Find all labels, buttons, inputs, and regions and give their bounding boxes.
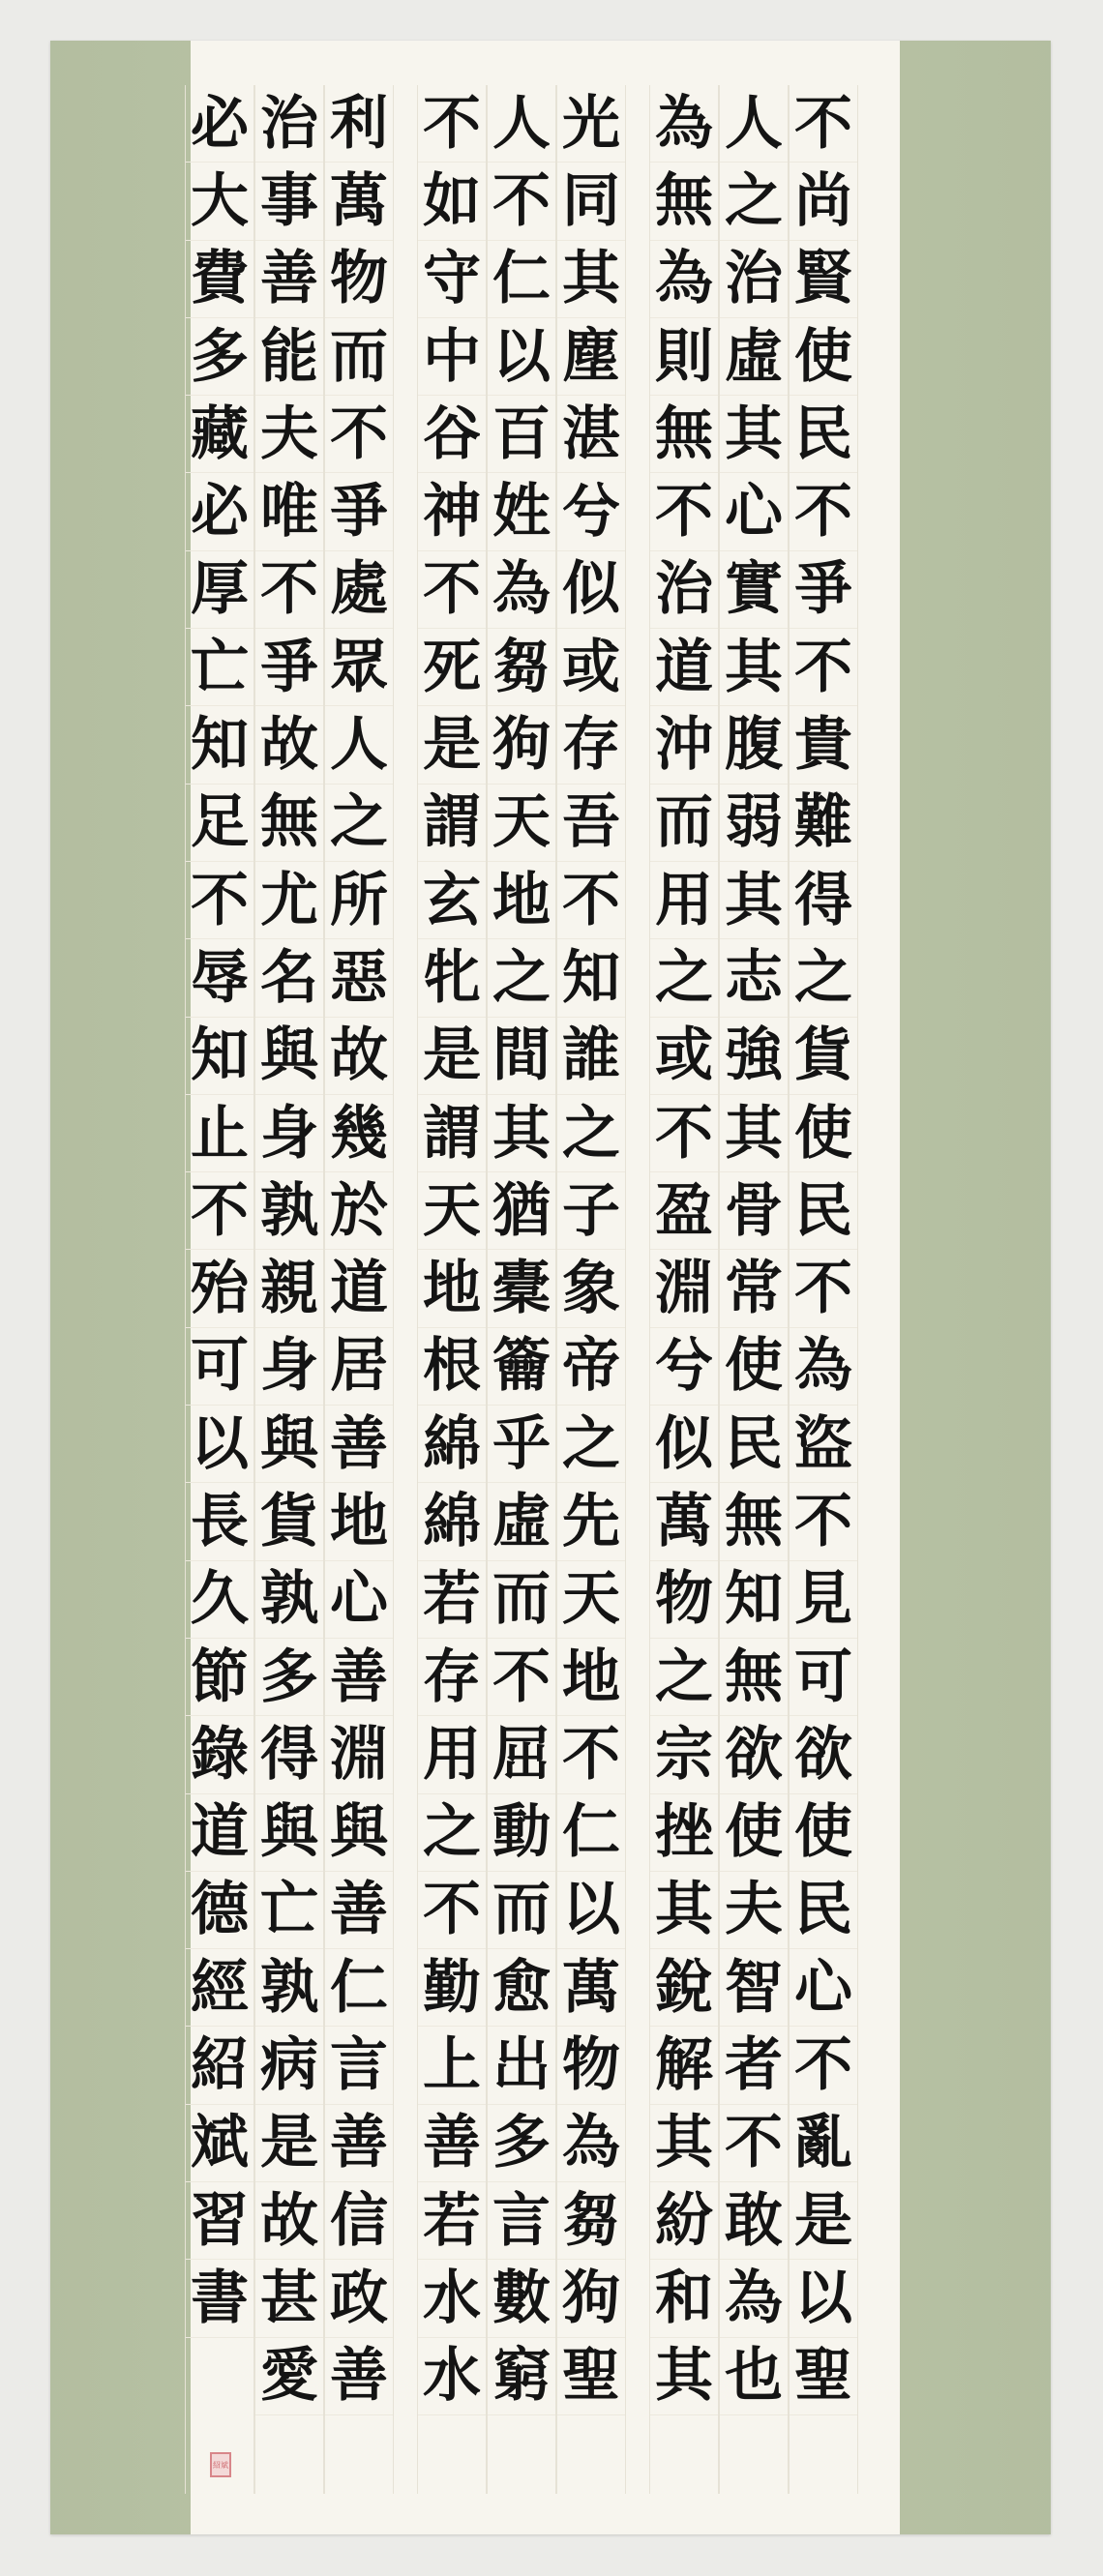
calligraphy-character: 居 xyxy=(325,1328,393,1406)
calligraphy-character: 紹 xyxy=(186,2027,253,2104)
calligraphy-character: 長 xyxy=(186,1483,253,1560)
calligraphy-character: 其 xyxy=(720,629,788,706)
calligraphy-character: 芻 xyxy=(488,629,555,706)
calligraphy-character: 強 xyxy=(720,1018,788,1095)
calligraphy-character: 其 xyxy=(650,1872,718,1949)
calligraphy-character: 吾 xyxy=(557,785,625,862)
calligraphy-character: 夫 xyxy=(720,1872,788,1949)
calligraphy-character: 道 xyxy=(650,629,718,706)
calligraphy-character: 亂 xyxy=(790,2105,857,2182)
calligraphy-character: 故 xyxy=(255,2182,323,2260)
calligraphy-character: 使 xyxy=(720,1794,788,1872)
calligraphy-character: 身 xyxy=(255,1328,323,1406)
calligraphy-character: 治 xyxy=(720,241,788,318)
character-grid: 不尚賢使民不爭不貴難得之貨使民不為盜不見可欲使民心不亂是以聖人之治虛其心實其腹弱… xyxy=(200,85,889,2494)
calligraphy-character: 政 xyxy=(325,2260,393,2337)
calligraphy-character: 中 xyxy=(418,318,486,396)
calligraphy-character: 似 xyxy=(557,551,625,629)
calligraphy-character: 可 xyxy=(790,1639,857,1716)
calligraphy-character: 則 xyxy=(650,318,718,396)
calligraphy-character: 如 xyxy=(418,163,486,240)
calligraphy-character: 上 xyxy=(418,2027,486,2104)
calligraphy-character: 宗 xyxy=(650,1716,718,1793)
calligraphy-character: 為 xyxy=(650,85,718,163)
calligraphy-character: 不 xyxy=(325,396,393,473)
calligraphy-character: 可 xyxy=(186,1328,253,1406)
calligraphy-character: 芻 xyxy=(557,2182,625,2260)
calligraphy-character: 孰 xyxy=(255,1172,323,1250)
calligraphy-character: 以 xyxy=(488,318,555,396)
calligraphy-character: 以 xyxy=(557,1872,625,1949)
calligraphy-character: 萬 xyxy=(650,1483,718,1560)
calligraphy-character: 不 xyxy=(488,163,555,240)
calligraphy-column-5: 人不仁以百姓為芻狗天地之間其猶橐籥乎虛而不屈動而愈出多言數窮 xyxy=(487,85,556,2494)
seal-text: 紹斌 xyxy=(212,2454,229,2475)
calligraphy-character: 其 xyxy=(720,1095,788,1172)
calligraphy-character: 不 xyxy=(790,629,857,706)
calligraphy-character: 辱 xyxy=(186,939,253,1017)
calligraphy-character: 其 xyxy=(557,241,625,318)
calligraphy-character: 之 xyxy=(418,1794,486,1872)
calligraphy-character: 病 xyxy=(255,2027,323,2104)
calligraphy-character: 兮 xyxy=(557,473,625,550)
calligraphy-character: 是 xyxy=(255,2105,323,2182)
calligraphy-character: 兮 xyxy=(650,1328,718,1406)
calligraphy-character: 使 xyxy=(790,1794,857,1872)
calligraphy-character: 智 xyxy=(720,1949,788,2027)
calligraphy-character: 常 xyxy=(720,1250,788,1327)
calligraphy-character: 似 xyxy=(650,1406,718,1483)
calligraphy-character: 地 xyxy=(325,1483,393,1560)
calligraphy-character: 先 xyxy=(557,1483,625,1560)
calligraphy-character: 象 xyxy=(557,1250,625,1327)
calligraphy-character: 治 xyxy=(255,85,323,163)
calligraphy-character: 綿 xyxy=(418,1406,486,1483)
calligraphy-character: 而 xyxy=(488,1872,555,1949)
calligraphy-character: 弱 xyxy=(720,785,788,862)
calligraphy-character: 故 xyxy=(325,1018,393,1095)
calligraphy-character: 知 xyxy=(557,939,625,1017)
calligraphy-character: 尚 xyxy=(790,163,857,240)
calligraphy-character: 其 xyxy=(720,862,788,939)
calligraphy-character: 不 xyxy=(186,862,253,939)
calligraphy-character: 難 xyxy=(790,785,857,862)
calligraphy-character: 謂 xyxy=(418,785,486,862)
calligraphy-character: 言 xyxy=(325,2027,393,2104)
calligraphy-character: 動 xyxy=(488,1794,555,1872)
calligraphy-character: 同 xyxy=(557,163,625,240)
calligraphy-character: 必 xyxy=(186,473,253,550)
calligraphy-character: 欲 xyxy=(720,1716,788,1793)
calligraphy-character: 沖 xyxy=(650,706,718,784)
calligraphy-character: 不 xyxy=(418,1872,486,1949)
calligraphy-character: 之 xyxy=(790,939,857,1017)
calligraphy-character: 湛 xyxy=(557,396,625,473)
calligraphy-character: 道 xyxy=(186,1794,253,1872)
calligraphy-character: 之 xyxy=(557,1406,625,1483)
calligraphy-character: 唯 xyxy=(255,473,323,550)
calligraphy-character: 多 xyxy=(255,1639,323,1716)
calligraphy-character: 厚 xyxy=(186,551,253,629)
calligraphy-character: 塵 xyxy=(557,318,625,396)
calligraphy-character: 銳 xyxy=(650,1949,718,2027)
calligraphy-character: 天 xyxy=(488,785,555,862)
calligraphy-character: 實 xyxy=(720,551,788,629)
calligraphy-character: 間 xyxy=(488,1018,555,1095)
calligraphy-character: 善 xyxy=(325,1872,393,1949)
calligraphy-character: 無 xyxy=(720,1483,788,1560)
calligraphy-character: 狗 xyxy=(488,706,555,784)
calligraphy-character: 為 xyxy=(790,1328,857,1406)
calligraphy-character: 亡 xyxy=(186,629,253,706)
calligraphy-character: 存 xyxy=(418,1639,486,1716)
calligraphy-character: 亡 xyxy=(255,1872,323,1949)
calligraphy-character: 根 xyxy=(418,1328,486,1406)
calligraphy-character: 賢 xyxy=(790,241,857,318)
calligraphy-character: 物 xyxy=(325,241,393,318)
calligraphy-character: 不 xyxy=(790,1483,857,1560)
calligraphy-character: 水 xyxy=(418,2338,486,2415)
calligraphy-character: 盜 xyxy=(790,1406,857,1483)
calligraphy-character: 書 xyxy=(186,2260,253,2337)
calligraphy-character: 藏 xyxy=(186,396,253,473)
calligraphy-character: 以 xyxy=(790,2260,857,2337)
calligraphy-character: 仁 xyxy=(557,1794,625,1872)
calligraphy-character: 為 xyxy=(720,2260,788,2337)
calligraphy-character: 志 xyxy=(720,939,788,1017)
calligraphy-character: 綿 xyxy=(418,1483,486,1560)
calligraphy-character: 民 xyxy=(790,396,857,473)
calligraphy-character: 貴 xyxy=(790,706,857,784)
calligraphy-character: 地 xyxy=(488,862,555,939)
calligraphy-character: 是 xyxy=(790,2182,857,2260)
calligraphy-character: 貨 xyxy=(790,1018,857,1095)
calligraphy-character: 為 xyxy=(557,2105,625,2182)
calligraphy-character: 其 xyxy=(488,1095,555,1172)
calligraphy-character: 淵 xyxy=(650,1250,718,1327)
calligraphy-character: 愛 xyxy=(255,2338,323,2415)
calligraphy-character: 之 xyxy=(488,939,555,1017)
calligraphy-character: 牝 xyxy=(418,939,486,1017)
calligraphy-column-4: 光同其塵湛兮似或存吾不知誰之子象帝之先天地不仁以萬物為芻狗聖 xyxy=(556,85,626,2494)
calligraphy-character: 與 xyxy=(255,1794,323,1872)
calligraphy-character: 久 xyxy=(186,1561,253,1639)
calligraphy-character: 而 xyxy=(650,785,718,862)
calligraphy-character: 德 xyxy=(186,1872,253,1949)
calligraphy-character: 猶 xyxy=(488,1172,555,1250)
calligraphy-character: 身 xyxy=(255,1095,323,1172)
calligraphy-character: 不 xyxy=(418,85,486,163)
calligraphy-character: 以 xyxy=(186,1406,253,1483)
calligraphy-character: 聖 xyxy=(557,2338,625,2415)
calligraphy-character: 不 xyxy=(557,1716,625,1793)
calligraphy-character: 使 xyxy=(790,1095,857,1172)
calligraphy-character: 不 xyxy=(650,1095,718,1172)
calligraphy-character: 與 xyxy=(255,1406,323,1483)
calligraphy-character: 仁 xyxy=(488,241,555,318)
calligraphy-character: 其 xyxy=(650,2105,718,2182)
calligraphy-character: 得 xyxy=(255,1716,323,1793)
calligraphy-character: 愈 xyxy=(488,1949,555,2027)
calligraphy-character: 不 xyxy=(418,551,486,629)
calligraphy-character: 其 xyxy=(720,396,788,473)
calligraphy-character: 之 xyxy=(325,785,393,862)
calligraphy-character: 誰 xyxy=(557,1018,625,1095)
calligraphy-character: 使 xyxy=(720,1328,788,1406)
calligraphy-character: 名 xyxy=(255,939,323,1017)
calligraphy-character: 殆 xyxy=(186,1250,253,1327)
calligraphy-character: 天 xyxy=(418,1172,486,1250)
calligraphy-character: 帝 xyxy=(557,1328,625,1406)
calligraphy-character: 不 xyxy=(790,473,857,550)
calligraphy-character: 或 xyxy=(650,1018,718,1095)
calligraphy-character: 不 xyxy=(650,473,718,550)
calligraphy-character: 不 xyxy=(255,551,323,629)
calligraphy-character: 用 xyxy=(418,1716,486,1793)
calligraphy-character: 地 xyxy=(418,1250,486,1327)
calligraphy-character: 人 xyxy=(325,706,393,784)
calligraphy-character: 不 xyxy=(186,1172,253,1250)
calligraphy-character: 而 xyxy=(325,318,393,396)
calligraphy-character: 利 xyxy=(325,85,393,163)
calligraphy-column-9: 必大費多藏必厚亡知足不辱知止不殆可以長久節錄道德經紹斌習書 xyxy=(185,85,254,2494)
calligraphy-character: 玄 xyxy=(418,862,486,939)
calligraphy-character: 出 xyxy=(488,2027,555,2104)
calligraphy-character: 勤 xyxy=(418,1949,486,2027)
calligraphy-character: 是 xyxy=(418,706,486,784)
calligraphy-character: 夫 xyxy=(255,396,323,473)
calligraphy-character: 守 xyxy=(418,241,486,318)
calligraphy-character: 尤 xyxy=(255,862,323,939)
calligraphy-character: 善 xyxy=(255,241,323,318)
calligraphy-character: 民 xyxy=(720,1406,788,1483)
calligraphy-character: 善 xyxy=(325,2338,393,2415)
calligraphy-character: 數 xyxy=(488,2260,555,2337)
red-seal-stamp: 紹斌 xyxy=(210,2452,231,2477)
calligraphy-character: 於 xyxy=(325,1172,393,1250)
calligraphy-character: 為 xyxy=(650,241,718,318)
calligraphy-character: 與 xyxy=(325,1794,393,1872)
calligraphy-character: 為 xyxy=(488,551,555,629)
calligraphy-character: 爭 xyxy=(325,473,393,550)
calligraphy-column-1: 不尚賢使民不爭不貴難得之貨使民不為盜不見可欲使民心不亂是以聖 xyxy=(789,85,858,2494)
calligraphy-character: 虛 xyxy=(488,1483,555,1560)
calligraphy-character: 節 xyxy=(186,1639,253,1716)
calligraphy-character: 光 xyxy=(557,85,625,163)
calligraphy-character: 挫 xyxy=(650,1794,718,1872)
calligraphy-character: 神 xyxy=(418,473,486,550)
calligraphy-character: 敢 xyxy=(720,2182,788,2260)
calligraphy-character: 用 xyxy=(650,862,718,939)
calligraphy-character: 心 xyxy=(790,1949,857,2027)
calligraphy-character: 知 xyxy=(186,706,253,784)
calligraphy-character: 信 xyxy=(325,2182,393,2260)
calligraphy-character: 知 xyxy=(720,1561,788,1639)
calligraphy-character: 不 xyxy=(488,1639,555,1716)
calligraphy-character: 不 xyxy=(720,2105,788,2182)
calligraphy-character: 見 xyxy=(790,1561,857,1639)
calligraphy-character: 足 xyxy=(186,785,253,862)
calligraphy-character: 民 xyxy=(790,1172,857,1250)
calligraphy-character: 治 xyxy=(650,551,718,629)
calligraphy-character: 善 xyxy=(325,2105,393,2182)
calligraphy-character: 所 xyxy=(325,862,393,939)
calligraphy-character: 錄 xyxy=(186,1716,253,1793)
calligraphy-column-3: 為無為則無不治道沖而用之或不盈淵兮似萬物之宗挫其銳解其紛和其 xyxy=(649,85,719,2494)
calligraphy-character: 道 xyxy=(325,1250,393,1327)
calligraphy-column-6: 不如守中谷神不死是謂玄牝是謂天地根綿綿若存用之不勤上善若水水 xyxy=(417,85,487,2494)
calligraphy-character: 多 xyxy=(186,318,253,396)
calligraphy-character: 淵 xyxy=(325,1716,393,1793)
calligraphy-character: 孰 xyxy=(255,1561,323,1639)
calligraphy-character: 谷 xyxy=(418,396,486,473)
calligraphy-character: 虛 xyxy=(720,318,788,396)
calligraphy-character: 心 xyxy=(325,1561,393,1639)
calligraphy-character: 處 xyxy=(325,551,393,629)
calligraphy-character: 習 xyxy=(186,2182,253,2260)
calligraphy-character: 仁 xyxy=(325,1949,393,2027)
calligraphy-character: 心 xyxy=(720,473,788,550)
calligraphy-character: 而 xyxy=(488,1561,555,1639)
calligraphy-character: 天 xyxy=(557,1561,625,1639)
calligraphy-character: 和 xyxy=(650,2260,718,2337)
calligraphy-character: 無 xyxy=(650,163,718,240)
calligraphy-character: 屈 xyxy=(488,1716,555,1793)
calligraphy-character: 或 xyxy=(557,629,625,706)
calligraphy-character: 聖 xyxy=(790,2338,857,2415)
calligraphy-character: 貨 xyxy=(255,1483,323,1560)
calligraphy-character: 腹 xyxy=(720,706,788,784)
calligraphy-character: 乎 xyxy=(488,1406,555,1483)
calligraphy-character: 無 xyxy=(650,396,718,473)
calligraphy-character: 甚 xyxy=(255,2260,323,2337)
calligraphy-character: 必 xyxy=(186,85,253,163)
calligraphy-character: 窮 xyxy=(488,2338,555,2415)
calligraphy-character: 存 xyxy=(557,706,625,784)
calligraphy-character: 也 xyxy=(720,2338,788,2415)
calligraphy-character: 知 xyxy=(186,1018,253,1095)
calligraphy-character: 多 xyxy=(488,2105,555,2182)
calligraphy-character: 籥 xyxy=(488,1328,555,1406)
calligraphy-character: 者 xyxy=(720,2027,788,2104)
calligraphy-character: 能 xyxy=(255,318,323,396)
calligraphy-character: 人 xyxy=(720,85,788,163)
calligraphy-character: 故 xyxy=(255,706,323,784)
calligraphy-character: 幾 xyxy=(325,1095,393,1172)
calligraphy-character: 費 xyxy=(186,241,253,318)
calligraphy-column-7: 利萬物而不爭處眾人之所惡故幾於道居善地心善淵與善仁言善信政善 xyxy=(324,85,394,2494)
calligraphy-character: 無 xyxy=(720,1639,788,1716)
calligraphy-character: 惡 xyxy=(325,939,393,1017)
calligraphy-character: 不 xyxy=(557,862,625,939)
calligraphy-character: 人 xyxy=(488,85,555,163)
calligraphy-character: 止 xyxy=(186,1095,253,1172)
calligraphy-character: 使 xyxy=(790,318,857,396)
calligraphy-character: 之 xyxy=(650,1639,718,1716)
calligraphy-column-8: 治事善能夫唯不爭故無尤名與身孰親身與貨孰多得與亡孰病是故甚愛 xyxy=(254,85,324,2494)
calligraphy-character: 盈 xyxy=(650,1172,718,1250)
calligraphy-character: 斌 xyxy=(186,2105,253,2182)
calligraphy-character: 狗 xyxy=(557,2260,625,2337)
calligraphy-character: 善 xyxy=(325,1406,393,1483)
calligraphy-character: 經 xyxy=(186,1949,253,2027)
calligraphy-character: 孰 xyxy=(255,1949,323,2027)
calligraphy-character: 爭 xyxy=(790,551,857,629)
calligraphy-character: 百 xyxy=(488,396,555,473)
calligraphy-character: 其 xyxy=(650,2338,718,2415)
calligraphy-character: 若 xyxy=(418,1561,486,1639)
calligraphy-character: 姓 xyxy=(488,473,555,550)
calligraphy-character: 親 xyxy=(255,1250,323,1327)
calligraphy-character: 若 xyxy=(418,2182,486,2260)
calligraphy-character: 物 xyxy=(650,1561,718,1639)
calligraphy-character: 橐 xyxy=(488,1250,555,1327)
calligraphy-character: 骨 xyxy=(720,1172,788,1250)
calligraphy-character: 不 xyxy=(790,85,857,163)
calligraphy-character: 子 xyxy=(557,1172,625,1250)
calligraphy-character: 大 xyxy=(186,163,253,240)
calligraphy-character: 事 xyxy=(255,163,323,240)
calligraphy-column-2: 人之治虛其心實其腹弱其志強其骨常使民無知無欲使夫智者不敢為也 xyxy=(719,85,789,2494)
calligraphy-character: 之 xyxy=(557,1095,625,1172)
calligraphy-character: 得 xyxy=(790,862,857,939)
calligraphy-character: 紛 xyxy=(650,2182,718,2260)
calligraphy-character: 之 xyxy=(650,939,718,1017)
calligraphy-character: 與 xyxy=(255,1018,323,1095)
calligraphy-character: 善 xyxy=(325,1639,393,1716)
calligraphy-character: 謂 xyxy=(418,1095,486,1172)
calligraphy-character: 萬 xyxy=(325,163,393,240)
calligraphy-character: 之 xyxy=(720,163,788,240)
calligraphy-character: 善 xyxy=(418,2105,486,2182)
calligraphy-character: 物 xyxy=(557,2027,625,2104)
calligraphy-character: 不 xyxy=(790,1250,857,1327)
calligraphy-character: 欲 xyxy=(790,1716,857,1793)
calligraphy-character: 不 xyxy=(790,2027,857,2104)
calligraphy-character: 爭 xyxy=(255,629,323,706)
calligraphy-character: 水 xyxy=(418,2260,486,2337)
calligraphy-character: 萬 xyxy=(557,1949,625,2027)
calligraphy-character: 無 xyxy=(255,785,323,862)
calligraphy-character: 言 xyxy=(488,2182,555,2260)
calligraphy-character: 解 xyxy=(650,2027,718,2104)
calligraphy-character: 死 xyxy=(418,629,486,706)
calligraphy-character: 是 xyxy=(418,1018,486,1095)
calligraphy-character: 地 xyxy=(557,1639,625,1716)
calligraphy-character: 民 xyxy=(790,1872,857,1949)
calligraphy-character: 眾 xyxy=(325,629,393,706)
